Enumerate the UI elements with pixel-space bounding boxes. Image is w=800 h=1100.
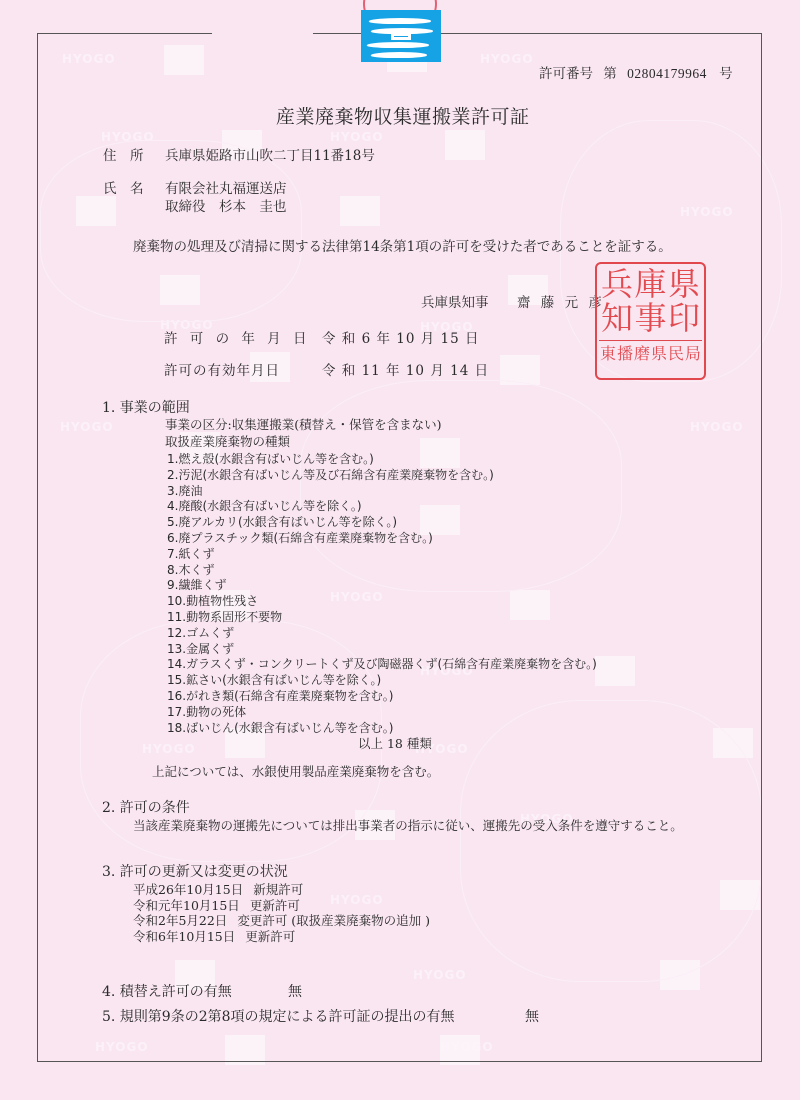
list-item: 4.廃酸(水銀含有ばいじん等を除く。): [167, 499, 597, 515]
section3-heading: 3. 許可の更新又は変更の状況: [102, 865, 288, 879]
seal-char: 知: [601, 302, 633, 334]
permit-date-value: 令 和 6 年 10 月 15 日: [322, 333, 479, 347]
transshipment-permit-value: 無: [288, 985, 302, 999]
expiry-date-value: 令 和 11 年 10 月 14 日: [322, 365, 489, 379]
seal-char: 兵: [601, 268, 633, 300]
list-item: 16.がれき類(石綿含有産業廃棄物を含む。): [167, 689, 597, 705]
issuer-name: 齋 藤 元 彦: [517, 297, 605, 311]
history-row: 令和2年5月22日変更許可 (取扱産業廃棄物の追加 ): [133, 913, 430, 929]
business-type: 事業の区分:収集運搬業(積替え・保管を含まない): [165, 419, 441, 432]
certification-statement: 廃棄物の処理及び清掃に関する法律第14条第1項の許可を受けた者であることを証する…: [133, 241, 672, 255]
permit-number-value: 02804179964: [627, 66, 707, 81]
list-item: 1.燃え殻(水銀含有ばいじん等を含む。): [167, 452, 597, 468]
history-event: 更新許可: [245, 929, 295, 944]
section5-heading: 5. 規則第9条の2第8項の規定による許可証の提出の有無: [102, 1010, 455, 1024]
history-date: 平成26年10月15日: [133, 882, 243, 897]
section1-heading: 1. 事業の範囲: [102, 401, 190, 415]
list-item: 11.動物系固形不要物: [167, 610, 597, 626]
seal-char: 印: [668, 302, 700, 334]
history-event: 更新許可: [250, 898, 300, 913]
name-label: 氏 名: [103, 183, 144, 197]
expiry-date-label: 許可の有効年月日: [164, 365, 280, 379]
permit-submission-value: 無: [525, 1010, 539, 1024]
history-row: 令和6年10月15日更新許可: [133, 929, 430, 945]
history-row: 令和元年10月15日更新許可: [133, 898, 430, 914]
list-item: 15.鉱さい(水銀含有ばいじん等を除く。): [167, 673, 597, 689]
permit-number-suffix: 号: [719, 66, 733, 82]
waste-types-total: 以上 18 種類: [358, 738, 432, 751]
page-title: 産業廃棄物収集運搬業許可証: [276, 108, 530, 127]
seal-char: 県: [651, 346, 667, 362]
list-item: 8.木くず: [167, 563, 597, 579]
seal-char: 播: [617, 346, 633, 362]
history-row: 平成26年10月15日新規許可: [133, 882, 430, 898]
seal-char: 磨: [634, 346, 650, 362]
list-item: 17.動物の死体: [167, 705, 597, 721]
list-item: 14.ガラスくず・コンクリートくず及び陶磁器くず(石綿含有産業廃棄物を含む。): [167, 657, 597, 673]
permit-date-label: 許 可 の 年 月 日: [164, 333, 310, 347]
address-value: 兵庫県姫路市山吹二丁目11番18号: [165, 150, 375, 164]
seal-char: 局: [685, 346, 701, 362]
history-date: 令和元年10月15日: [133, 898, 240, 913]
mercury-note: 上記については、水銀使用製品産業廃棄物を含む。: [152, 766, 439, 779]
company-name: 有限会社丸福運送店: [165, 183, 287, 197]
list-item: 6.廃プラスチック類(石綿含有産業廃棄物を含む。): [167, 531, 597, 547]
list-item: 10.動植物性残さ: [167, 594, 597, 610]
official-seal: 兵 庫 県 知 事 印 東 播 磨 県 民 局: [595, 262, 706, 380]
list-item: 5.廃アルカリ(水銀含有ばいじん等を除く。): [167, 515, 597, 531]
list-item: 9.繊維くず: [167, 578, 597, 594]
border-top-left: [37, 33, 212, 34]
section4-heading: 4. 積替え許可の有無: [102, 985, 232, 999]
seal-char: 庫: [634, 268, 666, 300]
seal-char: 県: [668, 268, 700, 300]
history-date: 令和2年5月22日: [133, 913, 227, 928]
waste-types-heading: 取扱産業廃棄物の種類: [165, 436, 290, 449]
permit-number-prefix: 第: [603, 66, 617, 82]
history-list: 平成26年10月15日新規許可 令和元年10月15日更新許可 令和2年5月22日…: [133, 882, 430, 944]
permit-number: 許可番号 第 02804179964 号: [539, 67, 733, 82]
address-label: 住 所: [103, 150, 144, 164]
section2-heading: 2. 許可の条件: [102, 801, 190, 815]
list-item: 3.廃油: [167, 484, 597, 500]
list-item: 18.ばいじん(水銀含有ばいじん等を含む。): [167, 721, 597, 737]
seal-char: 民: [668, 346, 684, 362]
list-item: 13.金属くず: [167, 642, 597, 658]
hyogo-prefecture-logo-icon: [361, 10, 441, 62]
seal-char: 事: [634, 302, 666, 334]
seal-char: 東: [600, 346, 616, 362]
permit-number-label: 許可番号: [539, 66, 593, 82]
history-date: 令和6年10月15日: [133, 929, 235, 944]
representative-name: 取締役 杉本 圭也: [165, 201, 287, 215]
permit-conditions: 当該産業廃棄物の運搬先については排出事業者の指示に従い、運搬先の受入条件を遵守す…: [133, 820, 683, 833]
waste-types-list: 1.燃え殻(水銀含有ばいじん等を含む。) 2.汚泥(水銀含有ばいじん等及び石綿含…: [167, 452, 597, 736]
list-item: 7.紙くず: [167, 547, 597, 563]
list-item: 12.ゴムくず: [167, 626, 597, 642]
history-event: 変更許可 (取扱産業廃棄物の追加 ): [237, 913, 430, 928]
issuer-title: 兵庫県知事: [421, 297, 489, 311]
history-event: 新規許可: [253, 882, 303, 897]
list-item: 2.汚泥(水銀含有ばいじん等及び石綿含有産業廃棄物を含む。): [167, 468, 597, 484]
